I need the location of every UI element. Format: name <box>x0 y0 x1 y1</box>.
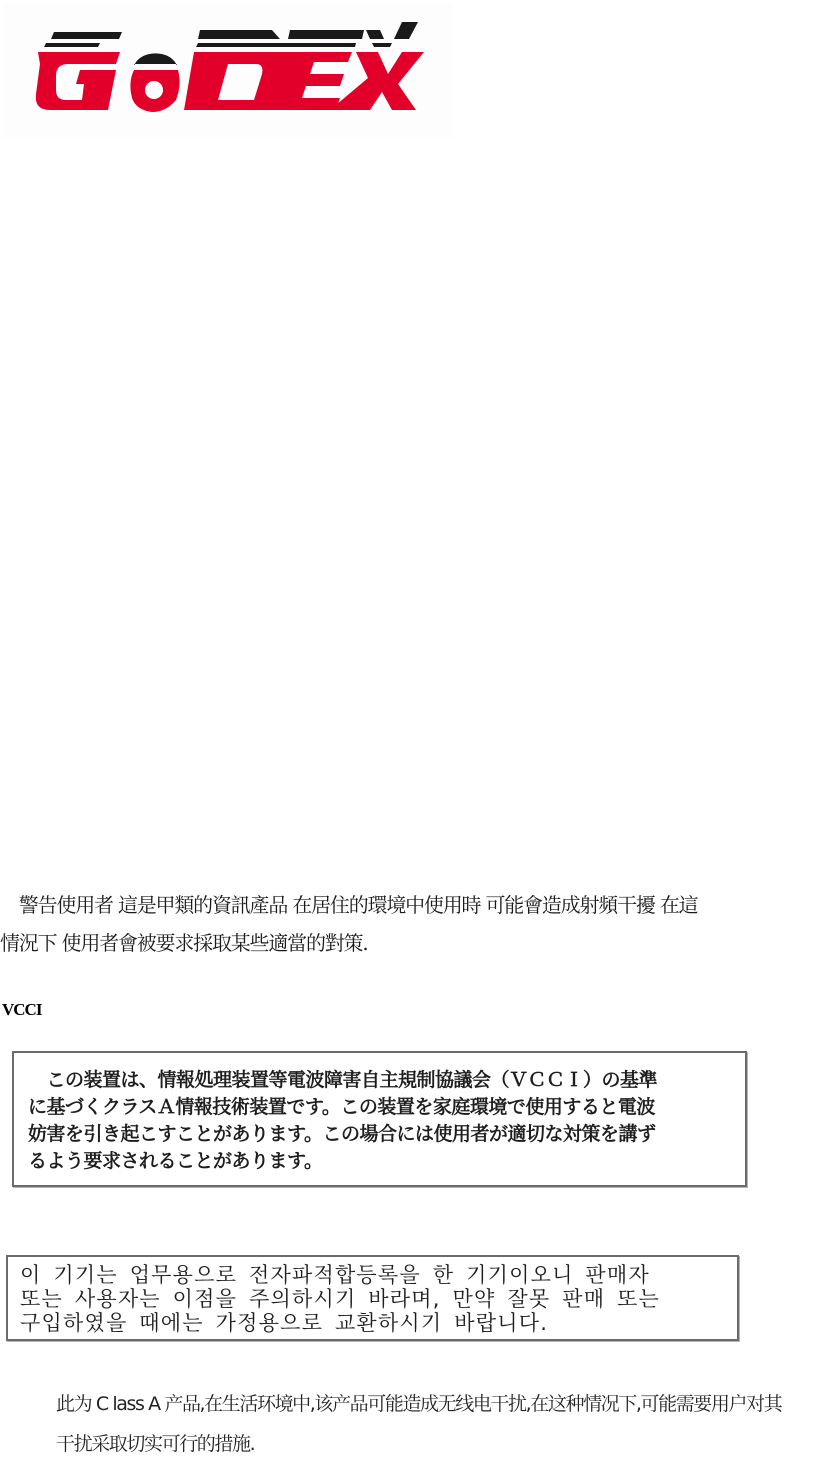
japan-notice-line: この装置は、情報処理装置等電波障害自主規制協議会（ＶＣＣＩ）の基準 <box>28 1067 657 1094</box>
china-class-a-notice: 此为 C lass A 产品,在生活环境中,该产品可能造成无线电干扰,在这种情况… <box>56 1384 781 1464</box>
japan-notice-line: 妨害を引き起こすことがあります。この場合には使用者が適切な対策を講ず <box>28 1121 657 1148</box>
taiwan-notice-line: 情況下 使用者會被要求採取某些適當的對策. <box>0 924 820 962</box>
godex-logo <box>4 4 452 138</box>
korea-notice-line: 이 기기는 업무용으로 전자파적합등록을 한 기기이오니 판매자 <box>20 1263 660 1287</box>
vcci-heading: VCCI <box>2 1000 41 1020</box>
japan-notice-line: に基づくクラスＡ情報技術装置です。この装置を家庭環境で使用すると電波 <box>28 1094 657 1121</box>
godex-logo-icon <box>4 4 452 138</box>
china-notice-line: 此为 C lass A 产品,在生活环境中,该产品可能造成无线电干扰,在这种情况… <box>56 1384 781 1424</box>
korea-notice-text: 이 기기는 업무용으로 전자파적합등록을 한 기기이오니 판매자 또는 사용자는… <box>20 1263 660 1335</box>
china-notice-line: 干扰采取切实可行的措施. <box>56 1424 781 1464</box>
korea-notice-line: 구입하였을 때에는 가정용으로 교환하시기 바랍니다. <box>20 1311 660 1335</box>
vcci-japan-notice-text: この装置は、情報処理装置等電波障害自主規制協議会（ＶＣＣＩ）の基準 に基づくクラ… <box>28 1067 657 1175</box>
korea-kc-notice-box: 이 기기는 업무용으로 전자파적합등록을 한 기기이오니 판매자 또는 사용자는… <box>6 1255 739 1341</box>
vcci-japan-notice-box: この装置は、情報処理装置等電波障害自主規制協議会（ＶＣＣＩ）の基準 に基づくクラ… <box>12 1051 747 1187</box>
korea-notice-line: 또는 사용자는 이점을 주의하시기 바라며, 만약 잘못 판매 또는 <box>20 1287 660 1311</box>
japan-notice-line: るよう要求されることがあります。 <box>28 1148 657 1175</box>
taiwan-notice-line: 警告使用者 這是甲類的資訊產品 在居住的環境中使用時 可能會造成射頻干擾 在這 <box>0 886 820 924</box>
taiwan-bsmi-notice: 警告使用者 這是甲類的資訊產品 在居住的環境中使用時 可能會造成射頻干擾 在這 … <box>0 886 820 962</box>
